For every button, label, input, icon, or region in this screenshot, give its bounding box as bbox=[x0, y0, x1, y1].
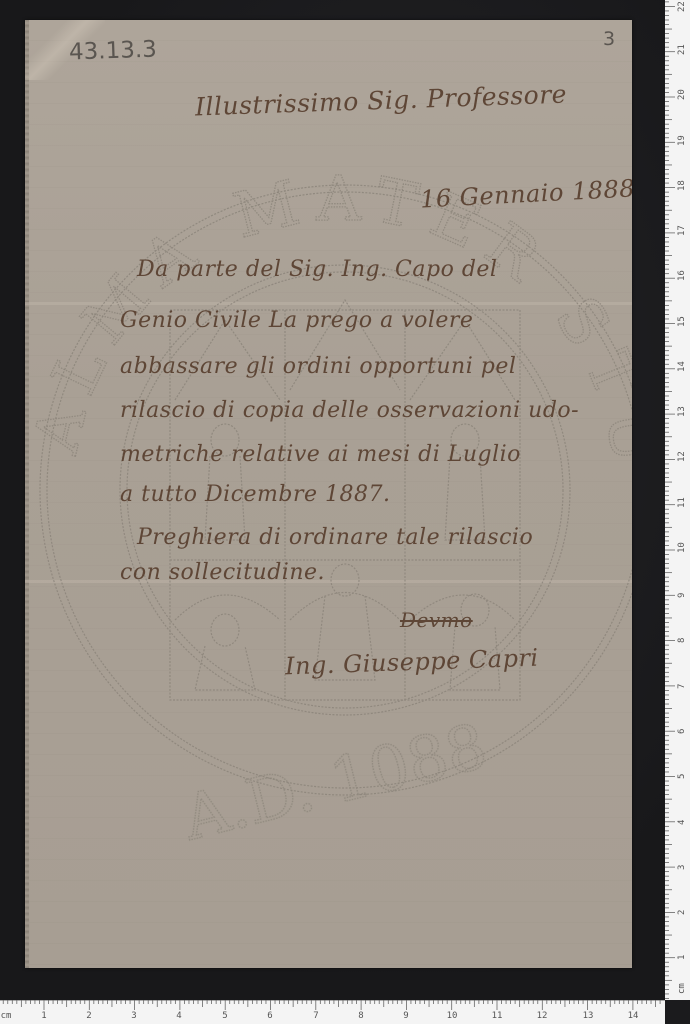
ruler-bottom-ticks bbox=[0, 1000, 665, 1012]
ruler-bottom: cm 1 2 3 4 5 6 7 8 9 10 11 12 13 14 bbox=[0, 1000, 665, 1024]
ruler-label: 6 bbox=[267, 1011, 272, 1021]
ruler-label: 10 bbox=[677, 542, 687, 553]
letter-sheet: ALMA MATER STUDIORUM A.D. 1088 43.13.3 3… bbox=[25, 20, 632, 968]
ruler-label: 1 bbox=[41, 1011, 46, 1021]
ruler-label: 2 bbox=[677, 910, 687, 915]
archive-number: 43.13.3 bbox=[69, 36, 158, 65]
ruler-label: 20 bbox=[677, 89, 687, 100]
closing-struck: Devmo bbox=[400, 608, 473, 632]
body-line: a tutto Dicembre 1887. bbox=[120, 482, 391, 507]
body-line: Preghiera di ordinare tale rilascio bbox=[137, 525, 533, 550]
page-number: 3 bbox=[603, 28, 615, 50]
ruler-label: 4 bbox=[176, 1011, 181, 1021]
ruler-label: 6 bbox=[677, 729, 687, 734]
ruler-unit-label: cm bbox=[1, 1011, 12, 1021]
ruler-label: 12 bbox=[537, 1011, 548, 1021]
ruler-right: cm 1 2 3 4 5 6 7 8 9 10 11 12 13 14 15 1… bbox=[665, 0, 690, 1000]
ruler-right-ticks bbox=[665, 0, 677, 1000]
ruler-label: 2 bbox=[86, 1011, 91, 1021]
ruler-label: 17 bbox=[677, 225, 687, 236]
ruler-label: 21 bbox=[677, 44, 687, 55]
ruler-label: 7 bbox=[677, 684, 687, 689]
ruler-label: 22 bbox=[677, 1, 687, 12]
ruler-label: 3 bbox=[677, 865, 687, 870]
ruler-label: 10 bbox=[447, 1011, 458, 1021]
ruler-label: 13 bbox=[583, 1011, 594, 1021]
ruler-label: 9 bbox=[677, 593, 687, 598]
ruler-label: 11 bbox=[677, 497, 687, 508]
ruler-label: 1 bbox=[677, 955, 687, 960]
ruler-label: 14 bbox=[677, 361, 687, 372]
ruler-label: 8 bbox=[677, 638, 687, 643]
ruler-label: 11 bbox=[492, 1011, 503, 1021]
body-line: Da parte del Sig. Ing. Capo del bbox=[137, 257, 497, 282]
ruler-label: 18 bbox=[677, 180, 687, 191]
seal-year-text: A.D. 1088 bbox=[175, 709, 494, 855]
ruler-label: 19 bbox=[677, 135, 687, 146]
body-line: con sollecitudine. bbox=[120, 560, 325, 585]
ruler-label: 5 bbox=[677, 774, 687, 779]
body-line: metriche relative ai mesi di Luglio bbox=[120, 442, 521, 467]
ruler-label: 5 bbox=[222, 1011, 227, 1021]
ruler-unit-label: cm bbox=[677, 983, 687, 994]
body-line: abbassare gli ordini opportuni pel bbox=[120, 354, 516, 379]
body-line: Genio Civile La prego a volere bbox=[120, 308, 473, 333]
ruler-label: 12 bbox=[677, 451, 687, 462]
ruler-label: 9 bbox=[403, 1011, 408, 1021]
ruler-label: 7 bbox=[313, 1011, 318, 1021]
ruler-label: 13 bbox=[677, 406, 687, 417]
ruler-label: 3 bbox=[131, 1011, 136, 1021]
ruler-label: 15 bbox=[677, 316, 687, 327]
ruler-label: 8 bbox=[358, 1011, 363, 1021]
ruler-label: 4 bbox=[677, 820, 687, 825]
body-line: rilascio di copia delle osservazioni udo… bbox=[120, 398, 579, 423]
ruler-label: 14 bbox=[628, 1011, 639, 1021]
ruler-label: 16 bbox=[677, 270, 687, 281]
